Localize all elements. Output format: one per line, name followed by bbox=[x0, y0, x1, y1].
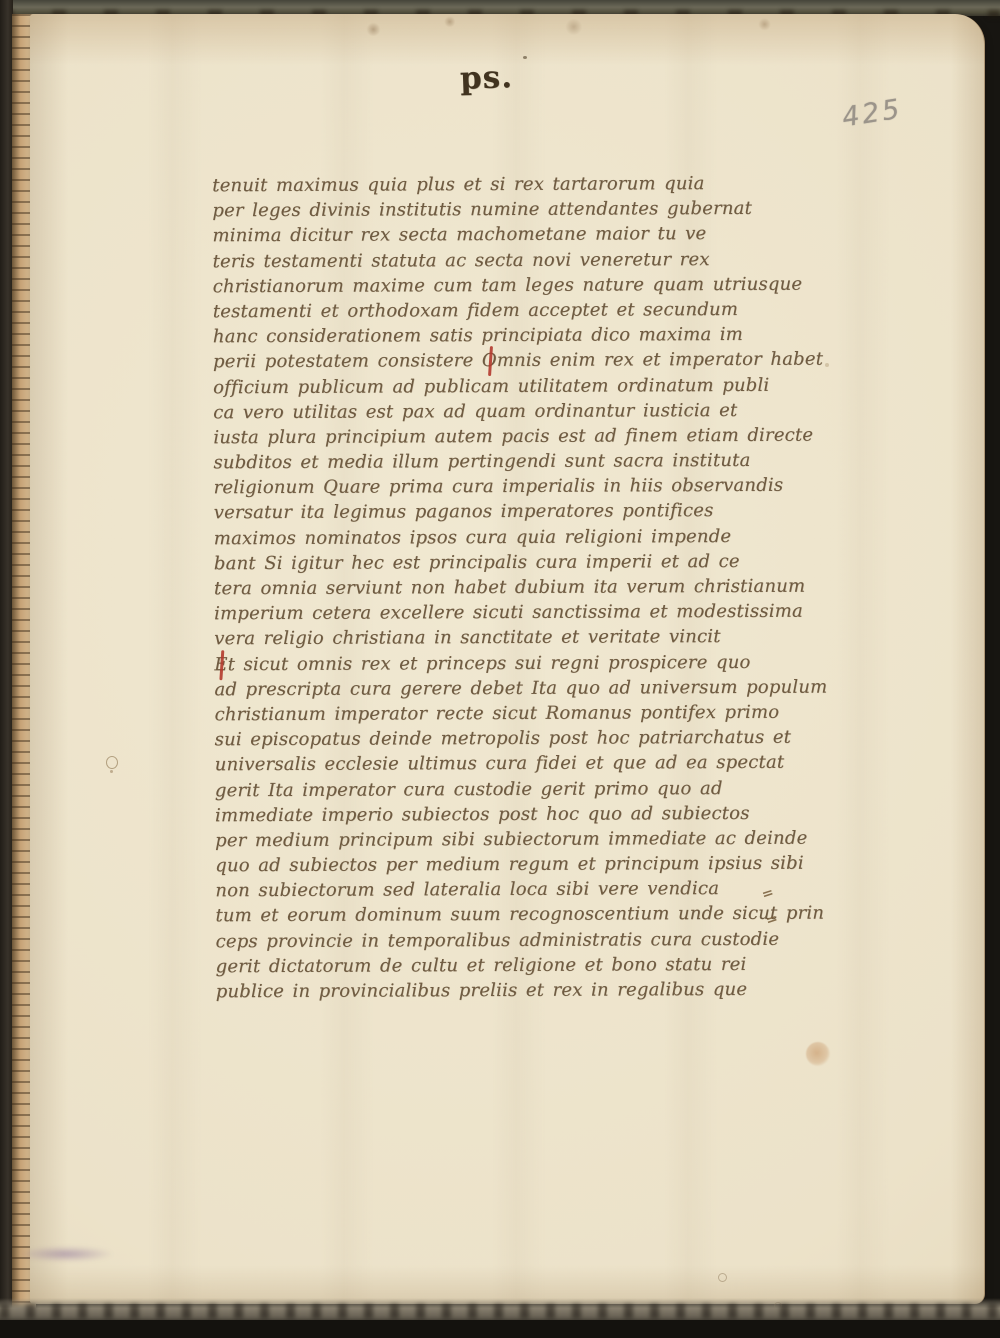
manuscript-line: vera religio christiana in sanctitate et… bbox=[214, 624, 786, 652]
manuscript-line: teris testamenti statuta ac secta novi v… bbox=[213, 246, 785, 274]
manuscript-line: testamenti et orthodoxam fidem acceptet … bbox=[213, 297, 785, 325]
manuscript-line: immediate imperio subiectos post hoc quo… bbox=[215, 800, 787, 828]
manuscript-line: per medium principum sibi subiectorum im… bbox=[215, 826, 787, 854]
manuscript-line: ca vero utilitas est pax ad quam ordinan… bbox=[213, 397, 785, 425]
manuscript-line: imperium cetera excellere sicuti sanctis… bbox=[214, 599, 786, 627]
ink-speck bbox=[523, 56, 527, 59]
manuscript-line: tenuit maximus quia plus et si rex tarta… bbox=[212, 171, 784, 199]
line-text: t sicut omnis rex et princeps sui regni … bbox=[228, 651, 751, 674]
manuscript-line: maximos nominatos ipsos cura quia religi… bbox=[214, 523, 786, 551]
rubricated-initial: O bbox=[482, 348, 497, 373]
manuscript-line: versatur ita legimus paganos imperatores… bbox=[214, 498, 786, 526]
manuscript-page: ps. 425 tenuit maximus quia plus et si r… bbox=[30, 14, 985, 1304]
manuscript-line: officium publicum ad publicam utilitatem… bbox=[213, 372, 785, 400]
manuscript-line: christianum imperator recte sicut Romanu… bbox=[214, 700, 786, 728]
manuscript-line: bant Si igitur hec est principalis cura … bbox=[214, 549, 786, 577]
manuscript-line: per leges divinis institutis numine atte… bbox=[212, 196, 784, 224]
margin-ring-mark bbox=[106, 756, 118, 769]
manuscript-line: hanc considerationem satis principiata d… bbox=[213, 322, 785, 350]
manuscript-line: tum et eorum dominum suum recognoscentiu… bbox=[215, 901, 787, 929]
manuscript-line: perii potestatem consistere Omnis enim r… bbox=[213, 347, 785, 375]
manuscript-line: gerit Ita imperator cura custodie gerit … bbox=[215, 775, 787, 803]
line-text: perii potestatem consistere bbox=[213, 350, 482, 372]
rubricated-initial: E bbox=[214, 652, 227, 677]
manuscript-line: publice in provincialibus preliis et rex… bbox=[216, 977, 788, 1005]
manuscript-line: Et sicut omnis rex et princeps sui regni… bbox=[214, 649, 786, 677]
book-photo: ps. 425 tenuit maximus quia plus et si r… bbox=[0, 0, 1000, 1338]
line-text: mnis enim rex et imperator habet bbox=[497, 349, 823, 371]
manuscript-line: christianorum maxime cum tam leges natur… bbox=[213, 272, 785, 300]
manuscript-line: gerit dictatorum de cultu et religione e… bbox=[216, 952, 788, 980]
paper-stain bbox=[806, 1042, 830, 1066]
page-heading-mark: ps. bbox=[459, 59, 513, 97]
manuscript-line: religionum Quare prima cura imperialis i… bbox=[214, 473, 786, 501]
paper-speck bbox=[718, 1273, 727, 1282]
manuscript-line: tera omnia serviunt non habet dubium ita… bbox=[214, 574, 786, 602]
manuscript-line: ceps provincie in temporalibus administr… bbox=[215, 926, 787, 954]
manuscript-line: minima dicitur rex secta machometane mai… bbox=[212, 221, 784, 249]
book-binding-bottom-edge bbox=[0, 1320, 1000, 1338]
manuscript-line: non subiectorum sed lateralia loca sibi … bbox=[215, 876, 787, 904]
paper-speck bbox=[825, 363, 829, 367]
manuscript-line: quo ad subiectos per medium regum et pri… bbox=[215, 851, 787, 879]
manuscript-line: ad prescripta cura gerere debet Ita quo … bbox=[214, 675, 786, 703]
manuscript-line: subditos et media illum pertingendi sunt… bbox=[213, 448, 785, 476]
manuscript-line: sui episcopatus deinde metropolis post h… bbox=[215, 725, 787, 753]
corner-smudge bbox=[18, 1246, 114, 1262]
manuscript-line: universalis ecclesie ultimus cura fidei … bbox=[215, 750, 787, 778]
manuscript-line: iusta plura principium autem pacis est a… bbox=[213, 423, 785, 451]
folio-number-pencil: 425 bbox=[840, 93, 905, 133]
manuscript-text-block: tenuit maximus quia plus et si rex tarta… bbox=[212, 171, 788, 1005]
